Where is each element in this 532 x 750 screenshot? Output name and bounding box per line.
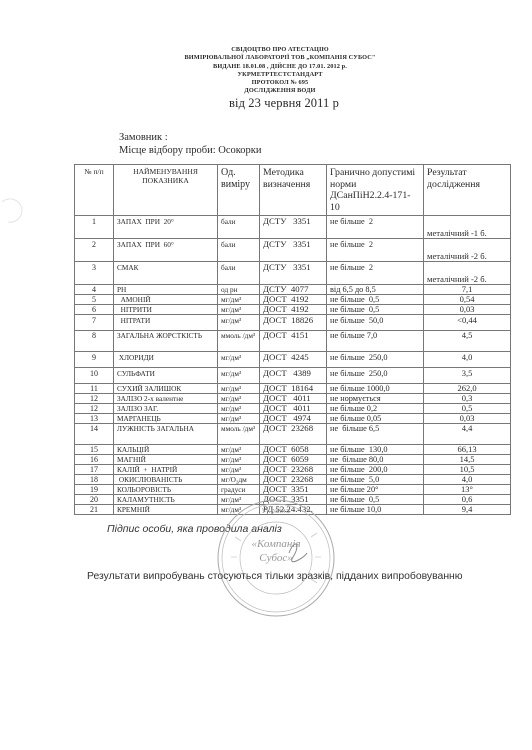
row-norm: не нормується xyxy=(327,394,424,404)
row-method: ДОСТ 4011 xyxy=(260,394,327,404)
row-result: 4,0 xyxy=(424,475,511,485)
row-num: 8 xyxy=(75,331,114,352)
row-unit: ммоль /дм³ xyxy=(218,424,260,445)
row-unit: мг/дм³ xyxy=(218,465,260,475)
row-norm: не більше 5,0 xyxy=(327,475,424,485)
row-name: КРЕМНІЙ xyxy=(114,505,218,515)
row-unit: мг/дм³ xyxy=(218,384,260,394)
table-row: 12ЗАЛІЗО 2-х валентнемг/дм³ДОСТ 4011не н… xyxy=(75,394,511,404)
table-row: 12ЗАЛІЗО ЗАГ.мг/дм³ДОСТ 4011не більше 0,… xyxy=(75,404,511,414)
row-method: ДОСТ 4011 xyxy=(260,404,327,414)
row-norm: не більше 0,5 xyxy=(327,295,424,305)
row-result: 4,0 xyxy=(424,352,511,368)
row-unit: бали xyxy=(218,262,260,285)
header-result: Результат дослідження xyxy=(424,165,511,216)
table-row: 7 НІТРАТИмг/дм³ДОСТ 18826не більше 50,0<… xyxy=(75,315,511,331)
protocol-date: від 23 червня 2011 р xyxy=(150,96,410,110)
row-norm: не більше 0,5 xyxy=(327,305,424,315)
row-norm: не більше 2 xyxy=(327,239,424,262)
row-unit: бали xyxy=(218,239,260,262)
row-num: 9 xyxy=(75,352,114,368)
row-result: 0,03 xyxy=(424,305,511,315)
row-method: ДОСТ 23268 xyxy=(260,475,327,485)
row-result: 9,4 xyxy=(424,505,511,515)
row-num: 12 xyxy=(75,404,114,414)
row-method: ДСТУ 3351 xyxy=(260,216,327,239)
row-result: 7,1 xyxy=(424,285,511,295)
table-row: 13МАРГАНЕЦЬмг/дм³ДОСТ 4974не більше 0,05… xyxy=(75,414,511,424)
row-result: 4,5 xyxy=(424,331,511,352)
row-method: ДОСТ 4151 xyxy=(260,331,327,352)
row-result: 0,03 xyxy=(424,414,511,424)
table-row: 19КОЛЬОРОВІСТЬградусиДОСТ 3351не більше … xyxy=(75,485,511,495)
table-row: 8ЗАГАЛЬНА ЖОРСТКІСТЬммоль /дм³ДОСТ 4151н… xyxy=(75,331,511,352)
row-norm: не більше 0,5 xyxy=(327,495,424,505)
row-method: ДОСТ 23268 xyxy=(260,424,327,445)
row-num: 18 xyxy=(75,475,114,485)
row-norm: не більше 130,0 xyxy=(327,445,424,455)
results-table: № п/п НАЙМЕНУВАННЯ ПОКАЗНИКА Од. виміру … xyxy=(74,164,511,515)
row-num: 10 xyxy=(75,368,114,384)
row-name: ЛУЖНІСТЬ ЗАГАЛЬНА xyxy=(114,424,218,445)
table-row: 15КАЛЬЦІЙмг/дм³ДОСТ 6058не більше 130,06… xyxy=(75,445,511,455)
row-name: КАЛЬЦІЙ xyxy=(114,445,218,455)
svg-text:Україна: Україна xyxy=(262,507,290,515)
row-unit: мг/дм³ xyxy=(218,305,260,315)
row-num: 19 xyxy=(75,485,114,495)
row-result: 10,5 xyxy=(424,465,511,475)
row-num: 16 xyxy=(75,455,114,465)
sampling-place: Місце відбору проби: Осокорки xyxy=(119,145,262,158)
study-type: ДОСЛІДЖЕННЯ ВОДИ xyxy=(150,87,410,95)
table-row: 11СУХИЙ ЗАЛИШОКмг/дм³ДОСТ 18164не більше… xyxy=(75,384,511,394)
table-row: 6 НІТРИТИмг/дм³ДОСТ 4192не більше 0,50,0… xyxy=(75,305,511,315)
row-norm: не більше 200,0 xyxy=(327,465,424,475)
row-name: НІТРАТИ xyxy=(114,315,218,331)
row-method: ДОСТ 6058 xyxy=(260,445,327,455)
row-name: МАРГАНЕЦЬ xyxy=(114,414,218,424)
row-norm: не більше 250,0 xyxy=(327,368,424,384)
row-result: <0,44 xyxy=(424,315,511,331)
table-row: 14ЛУЖНІСТЬ ЗАГАЛЬНАммоль /дм³ДОСТ 23268н… xyxy=(75,424,511,445)
row-result: 4,4 xyxy=(424,424,511,445)
row-result: металічний -2 б. xyxy=(424,239,511,262)
row-unit: мг/дм³ xyxy=(218,404,260,414)
svg-text:Субос»: Субос» xyxy=(259,552,293,564)
row-name: ОКИСЛЮВАНІСТЬ xyxy=(114,475,218,485)
row-num: 12 xyxy=(75,394,114,404)
row-unit: мг/дм³ xyxy=(218,368,260,384)
row-num: 21 xyxy=(75,505,114,515)
row-norm: не більше 0,05 xyxy=(327,414,424,424)
row-result: 0,6 xyxy=(424,495,511,505)
row-result: 0,3 xyxy=(424,394,511,404)
row-unit: ммоль /дм³ xyxy=(218,331,260,352)
laboratory-name: ВИМІРЮВАЛЬНОЇ ЛАБОРАТОРІЇ ТОВ „КОМПАНІЯ … xyxy=(150,54,410,62)
row-result: 13° xyxy=(424,485,511,495)
protocol-number: ПРОТОКОЛ № 695 xyxy=(150,79,410,87)
row-unit: мг/дм³ xyxy=(218,445,260,455)
header-method: Методика визначення xyxy=(260,165,327,216)
row-method: ДСТУ 3351 xyxy=(260,239,327,262)
row-unit: мг/дм³ xyxy=(218,394,260,404)
row-method: ДОСТ 4245 xyxy=(260,352,327,368)
row-method: ДСТУ 4077 xyxy=(260,285,327,295)
row-result: 262,0 xyxy=(424,384,511,394)
row-norm: не більше 20° xyxy=(327,485,424,495)
row-norm: не більше 50,0 xyxy=(327,315,424,331)
row-num: 17 xyxy=(75,465,114,475)
row-unit: градуси xyxy=(218,485,260,495)
table-row: 4РНод рнДСТУ 4077від 6,5 до 8,57,1 xyxy=(75,285,511,295)
table-row: 5 АМОНІЙмг/дм³ДОСТ 4192не більше 0,50,54 xyxy=(75,295,511,305)
row-norm: не більше 2 xyxy=(327,216,424,239)
row-num: 20 xyxy=(75,495,114,505)
row-result: металічний -2 б. xyxy=(424,262,511,285)
header-norm: Гранично допустимі норми ДСанПіН2.2.4-17… xyxy=(327,165,424,216)
row-num: 5 xyxy=(75,295,114,305)
row-norm: не більше 1000,0 xyxy=(327,384,424,394)
row-norm: не більше 80,0 xyxy=(327,455,424,465)
row-num: 15 xyxy=(75,445,114,455)
row-method: ДОСТ 4192 xyxy=(260,295,327,305)
row-num: 4 xyxy=(75,285,114,295)
document-header: СВІДОЦТВО ПРО АТЕСТАЦІЮ ВИМІРЮВАЛЬНОЇ ЛА… xyxy=(150,46,410,110)
row-method: ДОСТ 23268 xyxy=(260,465,327,475)
table-row: 9 ХЛОРИДИмг/дм³ДОСТ 4245не більше 250,04… xyxy=(75,352,511,368)
row-name: АМОНІЙ xyxy=(114,295,218,305)
row-norm: не більше 7,0 xyxy=(327,331,424,352)
row-result: 0,54 xyxy=(424,295,511,305)
row-method: ДОСТ 6059 xyxy=(260,455,327,465)
row-result: металічний -1 б. xyxy=(424,216,511,239)
header-name: НАЙМЕНУВАННЯ ПОКАЗНИКА xyxy=(114,165,218,216)
row-norm: не більше 6,5 xyxy=(327,424,424,445)
row-name: ЗАПАХ ПРИ 20° xyxy=(114,216,218,239)
row-norm: не більше 2 xyxy=(327,262,424,285)
row-unit: мг/дм³ xyxy=(218,455,260,465)
table-row: 18 ОКИСЛЮВАНІСТЬмг/О₂дмДОСТ 23268не біль… xyxy=(75,475,511,485)
row-result: 3,5 xyxy=(424,368,511,384)
row-name: ХЛОРИДИ xyxy=(114,352,218,368)
client-info: Замовник : Місце відбору проби: Осокорки xyxy=(119,132,262,157)
row-name: СУЛЬФАТИ xyxy=(114,368,218,384)
row-result: 66,13 xyxy=(424,445,511,455)
row-num: 6 xyxy=(75,305,114,315)
row-num: 3 xyxy=(75,262,114,285)
certificate-validity: ВИДАНЕ 18.01.08 , ДІЙСНЕ ДО 17.01. 2012 … xyxy=(150,63,410,71)
row-method: ДОСТ 4389 xyxy=(260,368,327,384)
row-name: НІТРИТИ xyxy=(114,305,218,315)
table-row: 10СУЛЬФАТИмг/дм³ДОСТ 4389не більше 250,0… xyxy=(75,368,511,384)
row-num: 14 xyxy=(75,424,114,445)
row-unit: мг/О₂дм xyxy=(218,475,260,485)
row-unit: мг/дм³ xyxy=(218,315,260,331)
customer-label: Замовник : xyxy=(119,132,262,145)
row-name: ЗАГАЛЬНА ЖОРСТКІСТЬ xyxy=(114,331,218,352)
row-num: 13 xyxy=(75,414,114,424)
row-method: ДОСТ 18164 xyxy=(260,384,327,394)
row-name: СУХИЙ ЗАЛИШОК xyxy=(114,384,218,394)
row-norm: не більше 10,0 xyxy=(327,505,424,515)
row-result: 14,5 xyxy=(424,455,511,465)
row-method: ДОСТ 3351 xyxy=(260,485,327,495)
row-name: КАЛАМУТНІСТЬ xyxy=(114,495,218,505)
row-method: ДОСТ 4192 xyxy=(260,305,327,315)
row-norm: від 6,5 до 8,5 xyxy=(327,285,424,295)
row-unit: мг/дм³ xyxy=(218,295,260,305)
row-num: 1 xyxy=(75,216,114,239)
row-norm: не більше 250,0 xyxy=(327,352,424,368)
results-disclaimer: Результати випробувань стосуються тільки… xyxy=(87,571,463,582)
row-name: ЗАЛІЗО 2-х валентне xyxy=(114,394,218,404)
row-name: ЗАЛІЗО ЗАГ. xyxy=(114,404,218,414)
row-name: СМАК xyxy=(114,262,218,285)
row-name: РН xyxy=(114,285,218,295)
row-unit: бали xyxy=(218,216,260,239)
table-row: 2ЗАПАХ ПРИ 60°балиДСТУ 3351не більше 2ме… xyxy=(75,239,511,262)
scan-artifact-icon xyxy=(0,196,26,224)
table-row: 3СМАКбалиДСТУ 3351не більше 2металічний … xyxy=(75,262,511,285)
svg-text:«Компанія: «Компанія xyxy=(251,538,300,550)
table-header-row: № п/п НАЙМЕНУВАННЯ ПОКАЗНИКА Од. виміру … xyxy=(75,165,511,216)
row-method: ДОСТ 4974 xyxy=(260,414,327,424)
row-num: 2 xyxy=(75,239,114,262)
row-name: ЗАПАХ ПРИ 60° xyxy=(114,239,218,262)
header-num: № п/п xyxy=(75,165,114,216)
table-row: 16МАГНІЙмг/дм³ДОСТ 6059не більше 80,014,… xyxy=(75,455,511,465)
row-method: ДОСТ 18826 xyxy=(260,315,327,331)
row-unit: мг/дм³ xyxy=(218,414,260,424)
certificate-title: СВІДОЦТВО ПРО АТЕСТАЦІЮ xyxy=(150,46,410,54)
row-unit: мг/дм³ xyxy=(218,352,260,368)
company-stamp-icon: Україна «Компанія Субос» xyxy=(215,497,337,619)
row-unit: од рн xyxy=(218,285,260,295)
row-num: 11 xyxy=(75,384,114,394)
row-method: ДСТУ 3351 xyxy=(260,262,327,285)
row-num: 7 xyxy=(75,315,114,331)
row-name: КОЛЬОРОВІСТЬ xyxy=(114,485,218,495)
issuing-authority: УКРМЕТРТЕСТСТАНДАРТ xyxy=(150,71,410,79)
header-unit: Од. виміру xyxy=(218,165,260,216)
table-row: 17КАЛІЙ + НАТРІЙмг/дм³ДОСТ 23268не більш… xyxy=(75,465,511,475)
row-name: КАЛІЙ + НАТРІЙ xyxy=(114,465,218,475)
table-row: 1ЗАПАХ ПРИ 20°балиДСТУ 3351не більше 2ме… xyxy=(75,216,511,239)
row-norm: не більше 0,2 xyxy=(327,404,424,414)
row-name: МАГНІЙ xyxy=(114,455,218,465)
row-result: 0,5 xyxy=(424,404,511,414)
